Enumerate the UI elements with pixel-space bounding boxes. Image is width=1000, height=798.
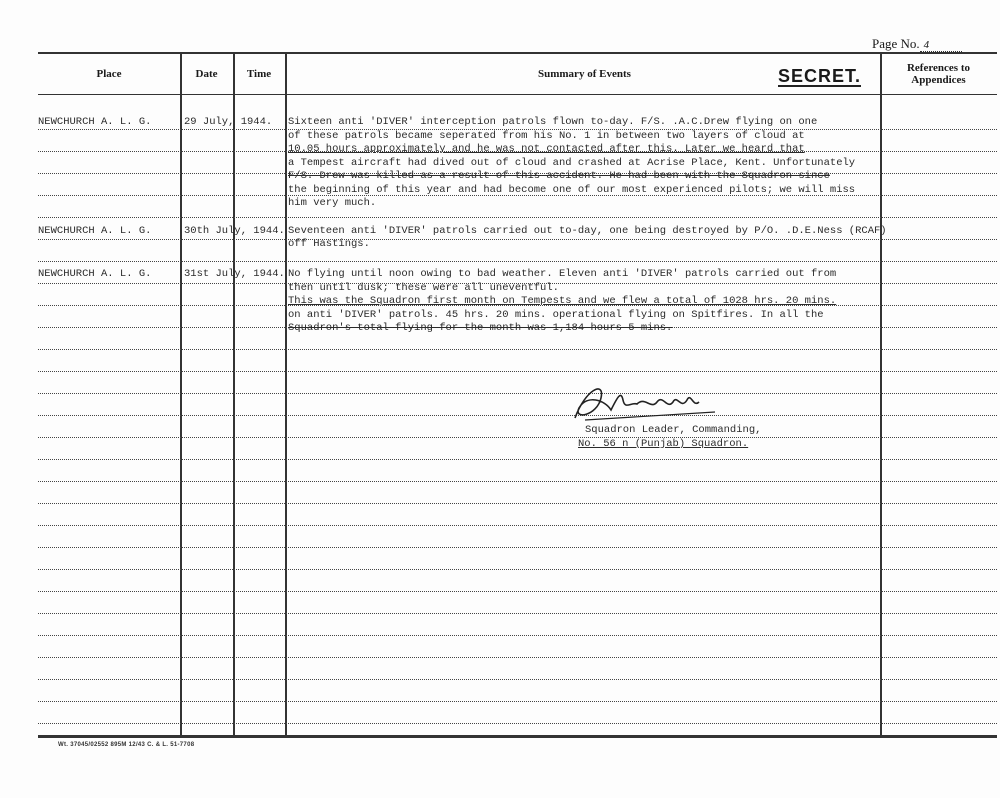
signature-unit: No. 56 n (Punjab) Squadron. [578,438,748,450]
entry-line: This was the Squadron first month on Tem… [288,295,836,307]
column-divider [180,54,182,735]
ruled-line [38,481,997,482]
ruled-line [38,371,997,372]
page-number-value: 4 [920,39,962,52]
entry-line: a Tempest aircraft had dived out of clou… [288,157,855,169]
entry-line: of these patrols became seperated from h… [288,130,805,142]
column-divider [880,54,882,735]
entry-line: him very much. [288,197,376,209]
ruled-line [38,613,997,614]
entry-date: 31st July, 1944. [184,268,285,280]
ruled-line [38,437,997,438]
page-number: Page No.4 [872,36,962,52]
ruled-line [38,415,997,416]
header-date: Date [180,54,233,94]
entry-line: No flying until noon owing to bad weathe… [288,268,836,280]
entry-line: F/S. Drew was killed as a result of this… [288,170,830,182]
ruled-line [38,679,997,680]
ruled-line [38,525,997,526]
column-divider [233,54,235,735]
entry-date: 29 July, 1944. [184,116,272,128]
header-place: Place [38,54,180,94]
ruled-line [38,393,997,394]
entry-line: on anti 'DIVER' patrols. 45 hrs. 20 mins… [288,309,824,321]
handwritten-signature [565,380,725,424]
operations-record-form: Place Date Time Summary of Events SECRET… [38,52,997,738]
entry-line: Seventeen anti 'DIVER' patrols carried o… [288,225,887,237]
form-print-code: Wt. 37045/02552 895M 12/43 C. & L. 51-77… [58,742,194,748]
column-divider [285,54,287,735]
ruled-line [38,569,997,570]
entry-line: Sixteen anti 'DIVER' interception patrol… [288,116,817,128]
entry-place: NEWCHURCH A. L. G. [38,268,151,280]
ruled-line [38,503,997,504]
entry-place: NEWCHURCH A. L. G. [38,225,151,237]
signature-title: Squadron Leader, Commanding, [585,424,761,436]
ruled-line [38,459,997,460]
entry-line: 10.05 hours approximately and he was not… [288,143,805,155]
ruled-line [38,239,997,240]
ruled-line [38,547,997,548]
entry-place: NEWCHURCH A. L. G. [38,116,151,128]
ruled-line [38,723,997,724]
entry-line: the beginning of this year and had becom… [288,184,855,196]
ruled-line [38,217,997,218]
secret-stamp: SECRET. [778,67,861,87]
entry-date: 30th July, 1944. [184,225,285,237]
ruled-line [38,657,997,658]
ruled-line [38,701,997,702]
ruled-line [38,349,997,350]
entry-line: Squadron's total flying for the month wa… [288,322,672,334]
entry-line: then until dusk; these were all uneventf… [288,282,559,294]
form-header: Place Date Time Summary of Events SECRET… [38,54,997,95]
ruled-line [38,635,997,636]
header-time: Time [233,54,285,94]
ruled-line [38,261,997,262]
ruled-line [38,591,997,592]
entry-line: off Hastings. [288,238,370,250]
page-number-label: Page No. [872,36,920,51]
header-references: References to Appendices [880,54,997,94]
